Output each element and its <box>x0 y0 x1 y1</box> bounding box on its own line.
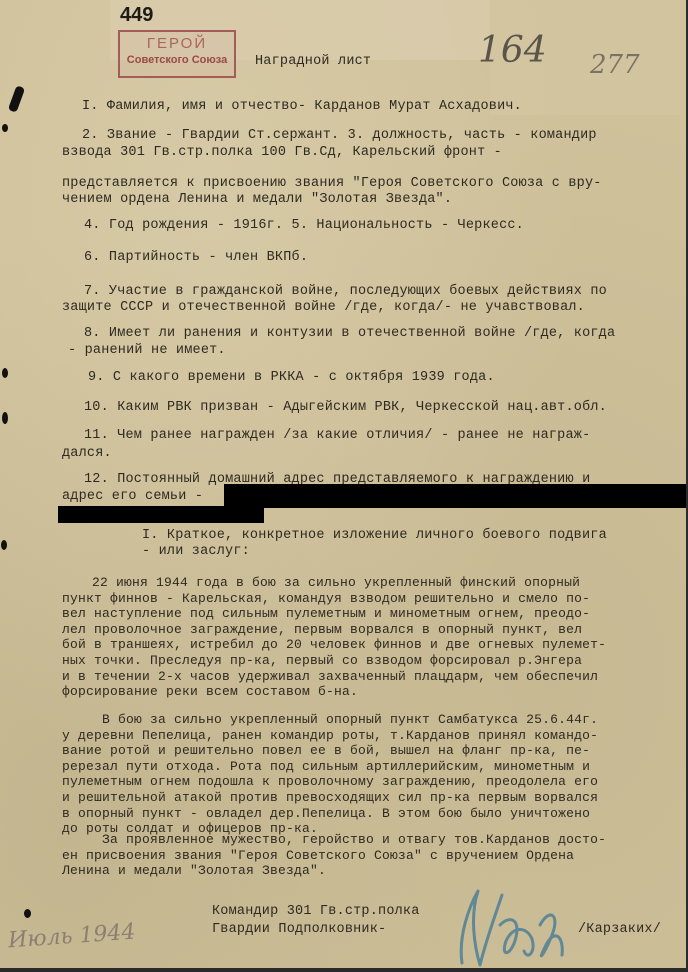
stamp-line1: ГЕРОЙ <box>120 35 234 52</box>
narrative-line: вел наступление под сильным пулеметным и… <box>62 606 590 622</box>
document-title: Наградной лист <box>255 54 371 70</box>
narrative-line: в опорный пункт - овладел дер.Пепелица. … <box>62 806 590 822</box>
punch-hole <box>2 368 8 378</box>
narrative-line: лел проволочное заграждение, первым ворв… <box>62 622 582 638</box>
signature-scribble <box>440 885 580 970</box>
handwritten-date: Июль 1944 <box>7 920 136 954</box>
section-heading: I. Краткое, конкретное изложение личного… <box>142 528 607 544</box>
section-heading: - или заслуг: <box>142 544 250 560</box>
field-draft-office: 10. Каким РВК призван - Адыгейским РВК, … <box>84 400 607 416</box>
field-rank-position: 2. Звание - Гвардии Ст.сержант. 3. должн… <box>82 128 597 144</box>
signature-name: /Карзаких/ <box>578 922 661 938</box>
narrative-line: Ленина и медали "Золотая Звезда". <box>62 863 326 879</box>
field-address: адрес его семьи - <box>62 489 203 505</box>
signature-rank: Гвардии Подполковник- <box>212 922 386 938</box>
narrative-line: ных точки. Преследуя пр-ка, первый со вз… <box>62 653 582 669</box>
narrative-line: форсирование реки всем составом б-на. <box>62 684 358 700</box>
narrative-line: За проявленное мужество, геройство и отв… <box>102 832 606 848</box>
handwritten-number: 277 <box>590 50 640 80</box>
punch-hole <box>1 540 7 550</box>
narrative-line: вание ротой и решительно повел ее в бой,… <box>62 743 590 759</box>
field-previous-awards: 11. Чем ранее награжден /за какие отличи… <box>84 428 590 444</box>
field-name: I. Фамилия, имя и отчество- Карданов Мур… <box>82 99 522 115</box>
punch-hole <box>2 124 8 132</box>
signature-title: Командир 301 Гв.стр.полка <box>212 904 420 920</box>
narrative-line: пункт финнов - Карельская, командуя взво… <box>62 591 590 607</box>
narrative-line: и в течении 2-х часов удерживал захвачен… <box>62 669 598 685</box>
document-number: 449 <box>120 4 153 27</box>
narrative-line: 22 июня 1944 года в бою за сильно укрепл… <box>92 575 580 591</box>
presentation-text: чением ордена Ленина и медали "Золотая З… <box>62 192 452 208</box>
field-party: 6. Партийность - член ВКПб. <box>84 250 308 266</box>
redaction-bar <box>224 484 686 508</box>
punch-hole <box>2 412 8 424</box>
narrative-line: пулеметным огнем подошла к проволочному … <box>62 774 598 790</box>
award-sheet-page: 449 ГЕРОЙ Советского Союза Наградной лис… <box>0 0 688 972</box>
field-service-since: 9. С какого времени в РККА - с октября 1… <box>88 370 495 386</box>
field-rank-position: взвода 301 Гв.стр.полка 100 Гв.Сд, Карел… <box>62 145 502 161</box>
field-birth-nationality: 4. Год рождения - 1916г. 5. Национальнос… <box>84 218 524 234</box>
narrative-line: ен присвоения звания "Героя Советского С… <box>62 848 574 864</box>
field-war-participation: 7. Участие в гражданской войне, последую… <box>84 284 607 300</box>
field-previous-awards: дался. <box>62 446 112 462</box>
narrative-line: и решительной атакой против превосходящи… <box>62 790 598 806</box>
narrative-line: ререзал пути отхода. Рота под сильным ар… <box>62 759 590 775</box>
handwritten-number: 164 <box>478 30 547 71</box>
narrative-line: у деревни Пепелица, ранен командир роты,… <box>62 728 598 744</box>
presentation-text: представляется к присвоению звания "Геро… <box>62 176 602 192</box>
hero-stamp: ГЕРОЙ Советского Союза <box>118 30 236 78</box>
field-war-participation: защите СССР и отечественной войне /где, … <box>62 300 585 316</box>
narrative-line: бой в траншеях, истребил до 20 человек ф… <box>62 637 606 653</box>
stamp-line2: Советского Союза <box>120 54 234 66</box>
field-wounds: 8. Имеет ли ранения и контузии в отечест… <box>84 326 615 342</box>
field-wounds: - ранений не имеет. <box>68 343 226 359</box>
redaction-bar <box>58 506 264 523</box>
punch-hole <box>8 85 25 113</box>
narrative-line: В бою за сильно укрепленный опорный пунк… <box>102 712 598 728</box>
punch-hole <box>24 909 31 918</box>
